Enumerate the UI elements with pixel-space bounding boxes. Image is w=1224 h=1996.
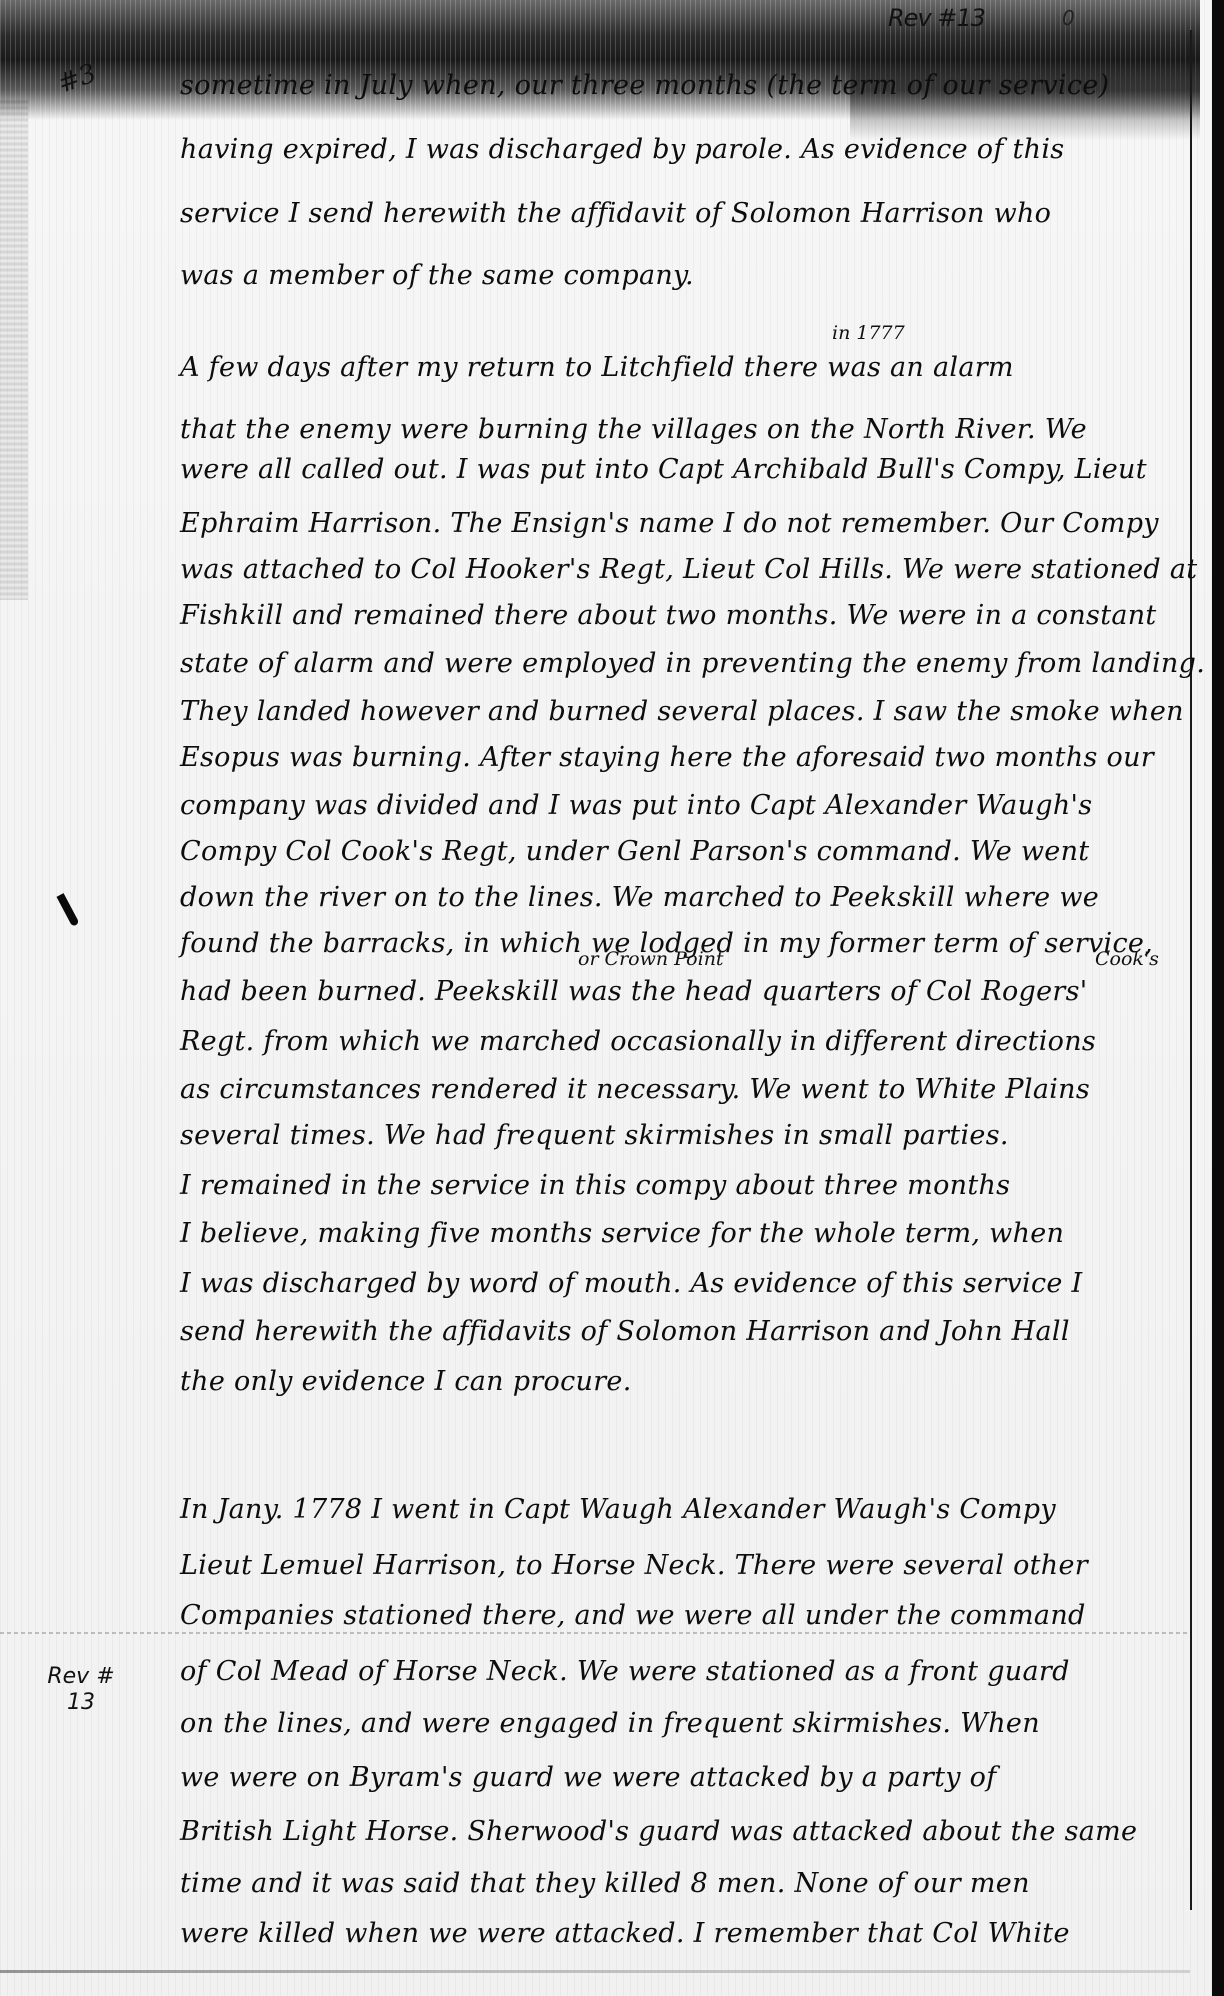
text-line: I believe, making five months service fo… <box>180 1214 1180 1254</box>
text-line: as circumstances rendered it necessary. … <box>180 1070 1180 1110</box>
text-line: down the river on to the lines. We march… <box>180 878 1180 918</box>
text-line: that the enemy were burning the villages… <box>180 410 1180 450</box>
text-line: In Jany. 1778 I went in Capt Waugh Alexa… <box>180 1490 1180 1530</box>
text-line: company was divided and I was put into C… <box>180 786 1180 826</box>
text-line: on the lines, and were engaged in freque… <box>180 1704 1180 1744</box>
document-page: Rev #13 0 #3 Rev # 13 sometime in July w… <box>0 0 1224 1996</box>
text-line: Compy Col Cook's Regt, under Genl Parson… <box>180 832 1180 872</box>
text-line: had been burned. Peekskill was the head … <box>180 972 1180 1012</box>
text-line: Lieut Lemuel Harrison, to Horse Neck. Th… <box>180 1546 1180 1586</box>
text-line: were killed when we were attacked. I rem… <box>180 1914 1180 1954</box>
text-line: the only evidence I can procure. <box>180 1362 1180 1402</box>
text-line: was attached to Col Hooker's Regt, Lieut… <box>180 550 1180 590</box>
text-line: time and it was said that they killed 8 … <box>180 1864 1180 1904</box>
text-line: I remained in the service in this compy … <box>180 1166 1180 1206</box>
text-line: They landed however and burned several p… <box>180 692 1180 732</box>
text-line: Fishkill and remained there about two mo… <box>180 596 1180 636</box>
page-bottom-edge <box>0 1970 1190 1973</box>
text-line: Companies stationed there, and we were a… <box>180 1596 1180 1636</box>
interlinear-insertion: in 1777 <box>832 322 905 344</box>
text-line: having expired, I was discharged by paro… <box>180 130 1180 170</box>
margin-annotation-line1: Rev # <box>46 1664 116 1690</box>
corner-mark: 0 <box>1062 6 1075 30</box>
text-line: were all called out. I was put into Capt… <box>180 450 1180 490</box>
text-line: state of alarm and were employed in prev… <box>180 644 1180 684</box>
scan-right-edge <box>1212 0 1224 1996</box>
text-line: I was discharged by word of mouth. As ev… <box>180 1264 1180 1304</box>
scan-left-edge <box>0 100 28 600</box>
text-line: service I send herewith the affidavit of… <box>180 194 1180 234</box>
interlinear-insertion: or Crown Point <box>578 948 724 970</box>
text-line: send herewith the affidavits of Solomon … <box>180 1312 1180 1352</box>
margin-annotation: Rev # 13 <box>46 1664 116 1716</box>
text-line: British Light Horse. Sherwood's guard wa… <box>180 1812 1180 1852</box>
text-line: Ephraim Harrison. The Ensign's name I do… <box>180 504 1180 544</box>
text-line: of Col Mead of Horse Neck. We were stati… <box>180 1652 1180 1692</box>
text-line: sometime in July when, our three months … <box>180 66 1180 106</box>
text-line: Regt. from which we marched occasionally… <box>180 1022 1180 1062</box>
text-line: was a member of the same company. <box>180 256 1180 296</box>
text-line: Esopus was burning. After staying here t… <box>180 738 1180 778</box>
text-line: A few days after my return to Litchfield… <box>180 348 1180 388</box>
margin-tick-mark <box>56 893 79 927</box>
archive-reference: Rev #13 <box>888 4 985 32</box>
page-border-line <box>1190 30 1192 1910</box>
interlinear-insertion: Cook's <box>1095 948 1159 970</box>
margin-annotation-line2: 13 <box>46 1690 116 1716</box>
text-line: we were on Byram's guard we were attacke… <box>180 1758 1180 1798</box>
text-line: several times. We had frequent skirmishe… <box>180 1116 1180 1156</box>
